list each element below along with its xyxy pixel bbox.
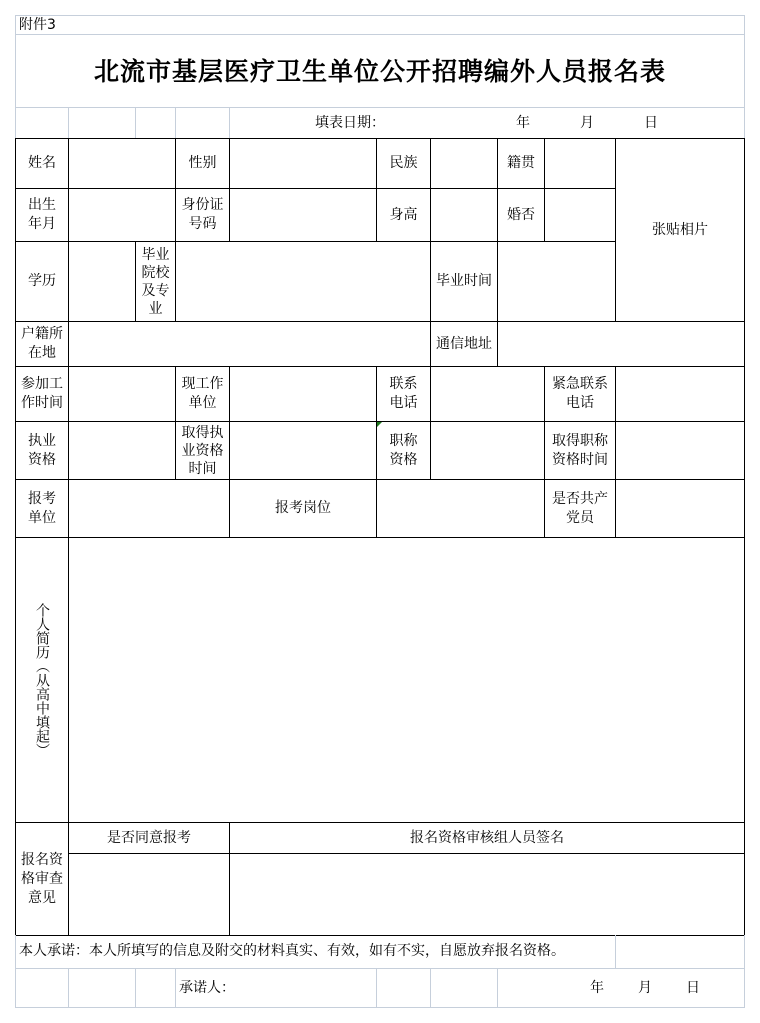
photo-area[interactable]: 张贴相片: [615, 138, 745, 322]
sign-date-year: 年: [590, 979, 604, 998]
party-member-field[interactable]: [615, 479, 745, 538]
grid-cell[interactable]: [175, 107, 230, 139]
label-address: 通信地址: [430, 321, 498, 367]
grid-cell[interactable]: [376, 968, 431, 1008]
apply-post-field[interactable]: [376, 479, 545, 538]
fill-date-row: 填表日期： 年 月 日: [229, 107, 745, 139]
school-major-field[interactable]: [175, 241, 431, 322]
label-agree: 是否同意报考: [68, 822, 230, 854]
label-name: 姓名: [15, 138, 69, 189]
label-apply-post: 报考岗位: [229, 479, 377, 538]
title-time-field[interactable]: [615, 421, 745, 480]
apply-unit-field[interactable]: [68, 479, 230, 538]
label-education: 学历: [15, 241, 69, 322]
height-field[interactable]: [430, 188, 498, 242]
label-phone: 联系 电话: [376, 366, 431, 422]
label-id-number: 身份证 号码: [175, 188, 230, 242]
grid-cell[interactable]: [430, 968, 498, 1008]
ethnicity-field[interactable]: [430, 138, 498, 189]
grid-cell[interactable]: [135, 107, 176, 139]
grad-time-field[interactable]: [497, 241, 616, 322]
birth-field[interactable]: [68, 188, 176, 242]
gender-field[interactable]: [229, 138, 377, 189]
label-native-place: 籍贯: [497, 138, 545, 189]
sign-date-day: 日: [686, 979, 700, 998]
grid-cell[interactable]: [135, 968, 176, 1008]
signer-label: 承诺人：: [175, 968, 377, 1008]
household-field[interactable]: [68, 321, 431, 367]
label-ethnicity: 民族: [376, 138, 431, 189]
label-birth: 出生 年月: [15, 188, 69, 242]
label-party-member: 是否共产 党员: [544, 479, 616, 538]
label-current-employer: 现工作 单位: [175, 366, 230, 422]
work-start-field[interactable]: [68, 366, 176, 422]
resume-field[interactable]: [68, 537, 745, 823]
emergency-phone-field[interactable]: [615, 366, 745, 422]
reviewer-sign-field[interactable]: [229, 853, 745, 936]
license-field[interactable]: [68, 421, 176, 480]
label-review: 报名资 格审查 意见: [15, 822, 69, 936]
label-license: 执业 资格: [15, 421, 69, 480]
comment-indicator-icon[interactable]: [377, 422, 382, 427]
grid-cell[interactable]: [615, 935, 745, 969]
fill-date-day: 日: [644, 114, 658, 133]
label-marital: 婚否: [497, 188, 545, 242]
name-field[interactable]: [68, 138, 176, 189]
license-time-field[interactable]: [229, 421, 377, 480]
label-gender: 性别: [175, 138, 230, 189]
label-title-time: 取得职称 资格时间: [544, 421, 616, 480]
page-title: 北流市基层医疗卫生单位公开招聘编外人员报名表: [15, 34, 745, 108]
label-emergency-phone: 紧急联系 电话: [544, 366, 616, 422]
sign-date-month: 月: [638, 979, 652, 998]
education-field[interactable]: [68, 241, 136, 322]
label-work-start: 参加工 作时间: [15, 366, 69, 422]
title-qual-field[interactable]: [430, 421, 545, 480]
fill-date-label: 填表日期：: [315, 114, 385, 133]
grid-cell[interactable]: [68, 107, 136, 139]
label-height: 身高: [376, 188, 431, 242]
label-grad-time: 毕业时间: [430, 241, 498, 322]
fill-date-year: 年: [516, 114, 530, 133]
label-school-major: 毕业 院校 及专 业: [135, 241, 176, 322]
marital-field[interactable]: [544, 188, 616, 242]
native-place-field[interactable]: [544, 138, 616, 189]
grid-cell[interactable]: [68, 968, 136, 1008]
address-field[interactable]: [497, 321, 745, 367]
phone-field[interactable]: [430, 366, 545, 422]
attachment-label: 附件3: [15, 15, 745, 35]
label-title-qual: 职称 资格: [376, 421, 431, 480]
fill-date-month: 月: [580, 114, 594, 133]
label-resume-cell: 个人简历（从高中填起）: [15, 537, 69, 823]
id-number-field[interactable]: [229, 188, 377, 242]
grid-cell[interactable]: [15, 968, 69, 1008]
label-household: 户籍所 在地: [15, 321, 69, 367]
label-resume: 个人简历（从高中填起）: [34, 603, 50, 757]
label-reviewer-sign: 报名资格审核组人员签名: [229, 822, 745, 854]
grid-cell[interactable]: [15, 107, 69, 139]
agree-field[interactable]: [68, 853, 230, 936]
label-apply-unit: 报考 单位: [15, 479, 69, 538]
current-employer-field[interactable]: [229, 366, 377, 422]
label-license-time: 取得执 业资格 时间: [175, 421, 230, 480]
pledge-text: 本人承诺：本人所填写的信息及附交的材料真实、有效，如有不实，自愿放弃报名资格。: [15, 935, 616, 969]
sign-date: 年 月 日: [497, 968, 745, 1008]
